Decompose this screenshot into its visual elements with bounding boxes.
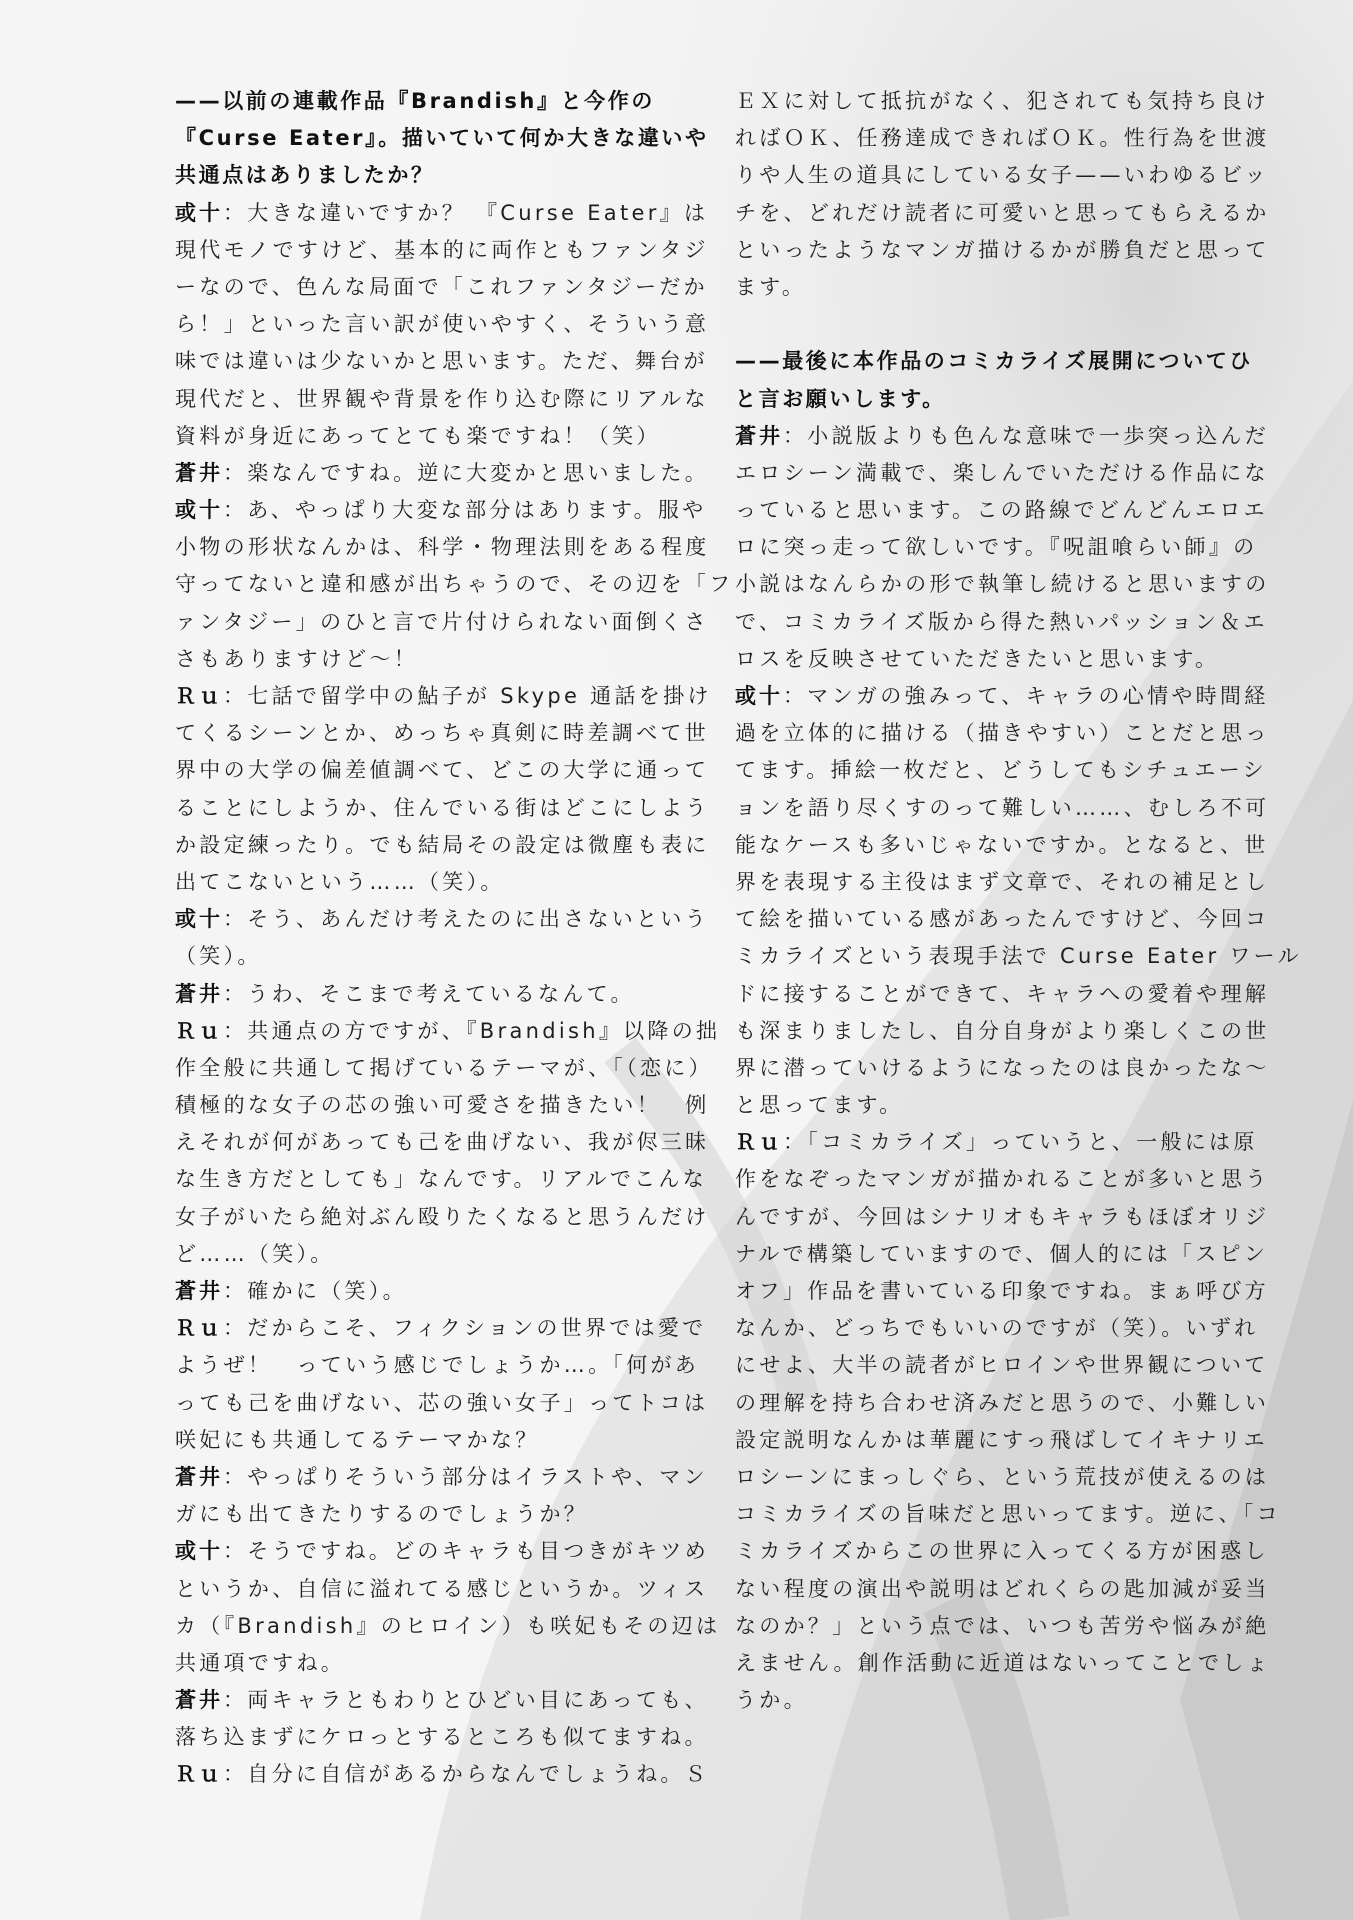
text-line: 積極的な女子の芯の強い可愛さを描きたい！ 例 [175, 1087, 685, 1124]
text-line: 出てこないという……（笑）。 [175, 864, 685, 901]
line-text: ない程度の演出や説明はどれくらの匙加減が妥当 [735, 1577, 1270, 1601]
text-line: っていると思います。この路線でどんどんエロエ [735, 492, 1245, 529]
text-line: っても己を曲げない、芯の強い女子」ってトコは [175, 1385, 685, 1422]
text-line: 蒼井：うわ、そこまで考えているなんて。 [175, 976, 685, 1013]
line-text: 落ち込まずにケロっとするところも似てますね。 [175, 1725, 709, 1749]
line-text: 小説はなんらかの形で執筆し続けると思いますの [735, 572, 1270, 596]
line-text: カ（『Brandish』のヒロイン）も咲妃もその辺は [175, 1614, 720, 1638]
line-text: ：確かに（笑）。 [223, 1279, 407, 1303]
line-text: っても己を曲げない、芯の強い女子」ってトコは [175, 1391, 708, 1415]
text-line: 資料が身近にあってとても楽ですね！（笑） [175, 418, 685, 455]
line-text: ：楽なんですね。逆に大変かと思いました。 [223, 461, 709, 485]
line-text: てくるシーンとか、めっちゃ真剣に時差調べて世 [175, 721, 709, 745]
line-text: えません。創作活動に近道はないってことでしょ [735, 1651, 1271, 1675]
text-line: ドに接することができて、キャラへの愛着や理解 [735, 976, 1245, 1013]
line-text: なのか？」という点では、いつも苦労や悩みが絶 [735, 1614, 1270, 1638]
text-line: 界に潜っていけるようになったのは良かったな～ [735, 1050, 1245, 1087]
interview-answer: Ｒｕ：自分に自信があるからなんでしょうね。Ｓ [175, 1756, 685, 1793]
speaker-name: 或十 [175, 907, 223, 931]
line-text: 界に潜っていけるようになったのは良かったな～ [735, 1056, 1270, 1080]
text-line: りや人生の道具にしている女子——いわゆるビッ [735, 157, 1245, 194]
speaker-name: Ｒｕ [175, 1762, 223, 1786]
speaker-name: 或十 [175, 1539, 223, 1563]
text-line: ァンタジー」のひと言で片付けられない面倒くさ [175, 604, 685, 641]
text-line: か設定練ったり。でも結局その設定は微塵も表に [175, 827, 685, 864]
line-text: ロスを反映させていただきたいと思います。 [735, 647, 1219, 671]
interview-answer: 或十：そうですね。どのキャラも目つきがキツめというか、自信に溢れてる感じというか… [175, 1533, 685, 1682]
line-text: ドに接することができて、キャラへの愛着や理解 [735, 982, 1269, 1006]
speaker-name: Ｒｕ [735, 1130, 783, 1154]
line-text: ガにも出てきたりするのでしょうか？ [175, 1502, 588, 1526]
text-line: オフ」作品を書いている印象ですね。まぁ呼び方 [735, 1273, 1245, 1310]
text-line: も深まりましたし、自分自身がより楽しくこの世 [735, 1013, 1245, 1050]
line-text: ：両キャラともわりとひどい目にあっても、 [223, 1688, 709, 1712]
text-line: 或十：そうですね。どのキャラも目つきがキツめ [175, 1533, 685, 1570]
line-text: 共通点はありましたか？ [175, 163, 435, 187]
text-line: てくるシーンとか、めっちゃ真剣に時差調べて世 [175, 715, 685, 752]
speaker-name: 蒼井 [175, 1688, 223, 1712]
text-line: にせよ、大半の読者がヒロインや世界観について [735, 1347, 1245, 1384]
text-line: 界を表現する主役はまず文章で、それの補足とし [735, 864, 1245, 901]
speaker-name: 蒼井 [175, 1465, 223, 1489]
text-line: 『Curse Eater』。描いていて何か大きな違いや [175, 120, 685, 157]
text-line: 或十：マンガの強みって、キャラの心情や時間経 [735, 678, 1245, 715]
text-line: Ｒｕ：だからこそ、フィクションの世界では愛で [175, 1310, 685, 1347]
interview-answer: 蒼井：うわ、そこまで考えているなんて。 [175, 976, 685, 1013]
line-text: なんか、どっちでもいいのですが（笑）。いずれ [735, 1316, 1258, 1340]
line-text: 界中の大学の偏差値調べて、どこの大学に通って [175, 758, 709, 782]
speaker-name: 蒼井 [735, 424, 783, 448]
speaker-name: 或十 [175, 498, 223, 522]
text-line: というか、自信に溢れてる感じというか。ツィス [175, 1571, 685, 1608]
interview-answer: Ｒｕ：「コミカライズ」っていうと、一般には原作をなぞったマンガが描かれることが多… [735, 1124, 1245, 1719]
text-line: ロに突っ走って欲しいです。『呪詛喰らい師』の [735, 529, 1245, 566]
text-line: と言お願いします。 [735, 381, 1245, 418]
line-text: ナルで構築していますので、個人的には「スピン [735, 1242, 1268, 1266]
text-line: うか。 [735, 1682, 1245, 1719]
line-text: オフ」作品を書いている印象ですね。まぁ呼び方 [735, 1279, 1269, 1303]
text-line: 落ち込まずにケロっとするところも似てますね。 [175, 1719, 685, 1756]
line-text: エロシーン満載で、楽しんでいただける作品にな [735, 461, 1269, 485]
line-text: 小物の形状なんかは、科学・物理法則をある程度 [175, 535, 710, 559]
text-line: 共通項ですね。 [175, 1645, 685, 1682]
text-line: Ｒｕ：自分に自信があるからなんでしょうね。Ｓ [175, 1756, 685, 1793]
text-line: 作全般に共通して掲げているテーマが、「（恋に） [175, 1050, 685, 1087]
text-line: Ｒｕ：「コミカライズ」っていうと、一般には原 [735, 1124, 1245, 1161]
text-line: 能なケースも多いじゃないですか。となると、世 [735, 827, 1245, 864]
text-line: てます。挿絵一枚だと、どうしてもシチュエーシ [735, 752, 1245, 789]
line-text: ——以前の連載作品『Brandish』と今作の [175, 89, 655, 113]
line-text: ：自分に自信があるからなんでしょうね。Ｓ [223, 1762, 709, 1786]
interview-answer: 蒼井：小説版よりも色んな意味で一歩突っ込んだエロシーン満載で、楽しんでいただける… [735, 418, 1245, 678]
speaker-name: Ｒｕ [175, 1316, 223, 1340]
interview-answer: Ｒｕ：共通点の方ですが、『Brandish』以降の拙作全般に共通して掲げているテ… [175, 1013, 685, 1273]
interview-answer: Ｒｕ：七話で留学中の鮎子が Skype 通話を掛けてくるシーンとか、めっちゃ真剣… [175, 678, 685, 901]
text-line: 作をなぞったマンガが描かれることが多いと思う [735, 1161, 1245, 1198]
line-text: で、コミカライズ版から得た熱いパッション＆エ [735, 610, 1268, 634]
text-line: ミカライズという表現手法で Curse Eater ワール [735, 938, 1245, 975]
answer-continuation: ＥＸに対して抵抗がなく、犯されても気持ち良ければＯＫ、任務達成できればＯＫ。性行… [735, 83, 1245, 306]
interview-answer: 蒼井：楽なんですね。逆に大変かと思いました。 [175, 455, 685, 492]
line-text: ：「コミカライズ」っていうと、一般には原 [783, 1130, 1258, 1154]
line-text: ：うわ、そこまで考えているなんて。 [223, 982, 635, 1006]
line-text: りや人生の道具にしている女子——いわゆるビッ [735, 163, 1269, 187]
line-text: 現代モノですけど、基本的に両作ともファンタジ [175, 238, 709, 262]
text-line: ——以前の連載作品『Brandish』と今作の [175, 83, 685, 120]
line-text: ：あ、やっぱり大変な部分はあります。服や [223, 498, 706, 522]
line-text: 界を表現する主役はまず文章で、それの補足とし [735, 870, 1269, 894]
line-text: 咲妃にも共通してるテーマかな？ [175, 1428, 540, 1452]
line-text: というか、自信に溢れてる感じというか。ツィス [175, 1577, 708, 1601]
line-text: 過を立体的に描ける（描きやすい）ことだと思っ [735, 721, 1270, 745]
line-text: （笑）。 [175, 944, 262, 968]
text-line: ＥＸに対して抵抗がなく、犯されても気持ち良け [735, 83, 1245, 120]
line-text: ：そう、あんだけ考えたのに出さないという [223, 907, 709, 931]
text-line: チを、どれだけ読者に可愛いと思ってもらえるか [735, 195, 1245, 232]
text-line: 現代だと、世界観や背景を作り込む際にリアルな [175, 381, 685, 418]
line-text: も深まりましたし、自分自身がより楽しくこの世 [735, 1019, 1270, 1043]
text-line: んですが、今回はシナリオもキャラもほぼオリジ [735, 1199, 1245, 1236]
text-line: Ｒｕ：七話で留学中の鮎子が Skype 通話を掛け [175, 678, 685, 715]
text-line: なのか？」という点では、いつも苦労や悩みが絶 [735, 1608, 1245, 1645]
line-text: てます。挿絵一枚だと、どうしてもシチュエーシ [735, 758, 1267, 782]
text-line: ます。 [735, 269, 1245, 306]
line-text: ロシーンにまっしぐら、という荒技が使えるのは [735, 1465, 1269, 1489]
text-line: なんか、どっちでもいいのですが（笑）。いずれ [735, 1310, 1245, 1347]
text-line: えそれが何があっても己を曲げない、我が侭三昧 [175, 1124, 685, 1161]
line-text: 女子がいたら絶対ぶん殴りたくなると思うんだけ [175, 1205, 710, 1229]
line-text: ：やっぱりそういう部分はイラストや、マン [223, 1465, 708, 1489]
text-line: の理解を持ち合わせ済みだと思うので、小難しい [735, 1385, 1245, 1422]
line-text: 作全般に共通して掲げているテーマが、「（恋に） [175, 1056, 713, 1080]
text-line: ミカライズからこの世界に入ってくる方が困惑し [735, 1533, 1245, 1570]
line-text: て絵を描いている感があったんですけど、今回コ [735, 907, 1269, 931]
line-text: 積極的な女子の芯の強い可愛さを描きたい！ 例 [175, 1093, 710, 1117]
line-text: の理解を持ち合わせ済みだと思うので、小難しい [735, 1391, 1269, 1415]
text-line: 蒼井：両キャラともわりとひどい目にあっても、 [175, 1682, 685, 1719]
line-text: ：七話で留学中の鮎子が Skype 通話を掛け [223, 684, 712, 708]
line-text: 味では違いは少ないかと思います。ただ、舞台が [175, 349, 708, 373]
right-column: ＥＸに対して抵抗がなく、犯されても気持ち良ければＯＫ、任務達成できればＯＫ。性行… [735, 83, 1245, 1719]
text-line: ない程度の演出や説明はどれくらの匙加減が妥当 [735, 1571, 1245, 1608]
text-line: 蒼井：やっぱりそういう部分はイラストや、マン [175, 1459, 685, 1496]
text-line: 蒼井：小説版よりも色んな意味で一歩突っ込んだ [735, 418, 1245, 455]
text-line: エロシーン満載で、楽しんでいただける作品にな [735, 455, 1245, 492]
speaker-name: Ｒｕ [175, 684, 223, 708]
line-text: ：マンガの強みって、キャラの心情や時間経 [783, 684, 1269, 708]
text-line: Ｒｕ：共通点の方ですが、『Brandish』以降の拙 [175, 1013, 685, 1050]
text-line: えません。創作活動に近道はないってことでしょ [735, 1645, 1245, 1682]
line-text: んですが、今回はシナリオもキャラもほぼオリジ [735, 1205, 1269, 1229]
line-text: ：小説版よりも色んな意味で一歩突っ込んだ [783, 424, 1269, 448]
text-line: ようぜ！ っていう感じでしょうか…。「何があ [175, 1347, 685, 1384]
text-line: 蒼井：確かに（笑）。 [175, 1273, 685, 1310]
interview-answer: 或十：大きな違いですか？ 『Curse Eater』は現代モノですけど、基本的に… [175, 195, 685, 455]
text-line: ど……（笑）。 [175, 1236, 685, 1273]
text-line: コミカライズの旨味だと思いってます。逆に、「コ [735, 1496, 1245, 1533]
text-line: ナルで構築していますので、個人的には「スピン [735, 1236, 1245, 1273]
speaker-name: 蒼井 [175, 1279, 223, 1303]
left-column: ——以前の連載作品『Brandish』と今作の『Curse Eater』。描いて… [175, 83, 685, 1794]
line-text: チを、どれだけ読者に可愛いと思ってもらえるか [735, 201, 1270, 225]
line-text: か設定練ったり。でも結局その設定は微塵も表に [175, 833, 710, 857]
text-line: 界中の大学の偏差値調べて、どこの大学に通って [175, 752, 685, 789]
line-text: ど……（笑）。 [175, 1242, 335, 1266]
text-line: ーなので、色んな局面で「これファンタジーだか [175, 269, 685, 306]
line-text: 能なケースも多いじゃないですか。となると、世 [735, 833, 1269, 857]
speaker-name: 蒼井 [175, 461, 223, 485]
interview-answer: 蒼井：両キャラともわりとひどい目にあっても、落ち込まずにケロっとするところも似て… [175, 1682, 685, 1756]
text-line: 現代モノですけど、基本的に両作ともファンタジ [175, 232, 685, 269]
text-line: 女子がいたら絶対ぶん殴りたくなると思うんだけ [175, 1199, 685, 1236]
text-line: ら！」といった言い訳が使いやすく、そういう意 [175, 306, 685, 343]
interview-question: ——最後に本作品のコミカライズ展開についてひと言お願いします。 [735, 343, 1245, 417]
text-line: ガにも出てきたりするのでしょうか？ [175, 1496, 685, 1533]
text-line: （笑）。 [175, 938, 685, 975]
line-text: ミカライズという表現手法で Curse Eater ワール [735, 944, 1302, 968]
line-text: ーなので、色んな局面で「これファンタジーだか [175, 275, 708, 299]
text-line: 過を立体的に描ける（描きやすい）ことだと思っ [735, 715, 1245, 752]
line-text: ることにしようか、住んでいる街はどこにしよう [175, 796, 710, 820]
line-text: えそれが何があっても己を曲げない、我が侭三昧 [175, 1130, 709, 1154]
interview-answer: 蒼井：確かに（笑）。 [175, 1273, 685, 1310]
line-text: 現代だと、世界観や背景を作り込む際にリアルな [175, 387, 709, 411]
line-text: うか。 [735, 1688, 808, 1712]
speaker-name: Ｒｕ [175, 1019, 223, 1043]
line-text: な生き方だとしても」なんです。リアルでこんな [175, 1167, 707, 1191]
line-text: 作をなぞったマンガが描かれることが多いと思う [735, 1167, 1270, 1191]
line-text: 資料が身近にあってとても楽ですね！（笑） [175, 424, 661, 448]
line-text: 共通項ですね。 [175, 1651, 345, 1675]
line-text: ァンタジー」のひと言で片付けられない面倒くさ [175, 610, 709, 634]
text-line: と思ってます。 [735, 1087, 1245, 1124]
text-line: といったようなマンガ描けるかが勝負だと思って [735, 232, 1245, 269]
line-text: 守ってないと違和感が出ちゃうので、その辺を「フ [175, 572, 733, 596]
line-text: と言お願いします。 [735, 387, 946, 411]
line-text: ：そうですね。どのキャラも目つきがキツめ [223, 1539, 709, 1563]
text-line: ることにしようか、住んでいる街はどこにしよう [175, 790, 685, 827]
line-text: コミカライズの旨味だと思いってます。逆に、「コ [735, 1502, 1281, 1526]
line-text: っていると思います。この路線でどんどんエロエ [735, 498, 1268, 522]
speaker-name: 或十 [735, 684, 783, 708]
line-text: ョンを語り尽くすのって難しい……、むしろ不可 [735, 796, 1269, 820]
text-line: ロスを反映させていただきたいと思います。 [735, 641, 1245, 678]
text-line: で、コミカライズ版から得た熱いパッション＆エ [735, 604, 1245, 641]
interview-answer: 或十：マンガの強みって、キャラの心情や時間経過を立体的に描ける（描きやすい）こと… [735, 678, 1245, 1124]
interview-question: ——以前の連載作品『Brandish』と今作の『Curse Eater』。描いて… [175, 83, 685, 195]
line-text: ればＯＫ、任務達成できればＯＫ。性行為を世渡 [735, 126, 1270, 150]
line-text: 出てこないという……（笑）。 [175, 870, 505, 894]
interview-answer: 或十：あ、やっぱり大変な部分はあります。服や小物の形状なんかは、科学・物理法則を… [175, 492, 685, 678]
line-text: 『Curse Eater』。描いていて何か大きな違いや [175, 126, 709, 150]
line-text: ＥＸに対して抵抗がなく、犯されても気持ち良け [735, 89, 1269, 113]
text-line: ロシーンにまっしぐら、という荒技が使えるのは [735, 1459, 1245, 1496]
line-text: といったようなマンガ描けるかが勝負だと思って [735, 238, 1270, 262]
text-line: ョンを語り尽くすのって難しい……、むしろ不可 [735, 790, 1245, 827]
text-line: 或十：あ、やっぱり大変な部分はあります。服や [175, 492, 685, 529]
line-text: ——最後に本作品のコミカライズ展開についてひ [735, 349, 1253, 373]
line-text: ：大きな違いですか？ 『Curse Eater』は [223, 201, 708, 225]
text-line: ればＯＫ、任務達成できればＯＫ。性行為を世渡 [735, 120, 1245, 157]
line-text: と思ってます。 [735, 1093, 903, 1117]
text-line: 或十：大きな違いですか？ 『Curse Eater』は [175, 195, 685, 232]
text-line: て絵を描いている感があったんですけど、今回コ [735, 901, 1245, 938]
text-line: 守ってないと違和感が出ちゃうので、その辺を「フ [175, 566, 685, 603]
text-line: 小説はなんらかの形で執筆し続けると思いますの [735, 566, 1245, 603]
line-text: さもありますけど～！ [175, 647, 418, 671]
text-line: 味では違いは少ないかと思います。ただ、舞台が [175, 343, 685, 380]
text-line: 共通点はありましたか？ [175, 157, 685, 194]
line-text: ロに突っ走って欲しいです。『呪詛喰らい師』の [735, 535, 1257, 559]
paragraph-gap [735, 306, 1245, 343]
text-line: 蒼井：楽なんですね。逆に大変かと思いました。 [175, 455, 685, 492]
interview-answer: 或十：そう、あんだけ考えたのに出さないという（笑）。 [175, 901, 685, 975]
line-text: ら！」といった言い訳が使いやすく、そういう意 [175, 312, 709, 336]
line-text: ようぜ！ っていう感じでしょうか…。「何があ [175, 1353, 699, 1377]
interview-answer: Ｒｕ：だからこそ、フィクションの世界では愛でようぜ！ っていう感じでしょうか…。… [175, 1310, 685, 1459]
line-text: ます。 [735, 275, 806, 299]
line-text: ミカライズからこの世界に入ってくる方が困惑し [735, 1539, 1269, 1563]
line-text: にせよ、大半の読者がヒロインや世界観について [735, 1353, 1269, 1377]
speaker-name: 蒼井 [175, 982, 223, 1006]
text-line: さもありますけど～！ [175, 641, 685, 678]
text-line: 設定説明なんかは華麗にすっ飛ばしてイキナリエ [735, 1422, 1245, 1459]
line-text: ：だからこそ、フィクションの世界では愛で [223, 1316, 706, 1340]
line-text: ：共通点の方ですが、『Brandish』以降の拙 [223, 1019, 720, 1043]
text-line: ——最後に本作品のコミカライズ展開についてひ [735, 343, 1245, 380]
interview-answer: 蒼井：やっぱりそういう部分はイラストや、マンガにも出てきたりするのでしょうか？ [175, 1459, 685, 1533]
text-line: 咲妃にも共通してるテーマかな？ [175, 1422, 685, 1459]
text-line: 小物の形状なんかは、科学・物理法則をある程度 [175, 529, 685, 566]
text-line: な生き方だとしても」なんです。リアルでこんな [175, 1161, 685, 1198]
text-line: カ（『Brandish』のヒロイン）も咲妃もその辺は [175, 1608, 685, 1645]
line-text: 設定説明なんかは華麗にすっ飛ばしてイキナリエ [735, 1428, 1268, 1452]
speaker-name: 或十 [175, 201, 223, 225]
text-line: 或十：そう、あんだけ考えたのに出さないという [175, 901, 685, 938]
